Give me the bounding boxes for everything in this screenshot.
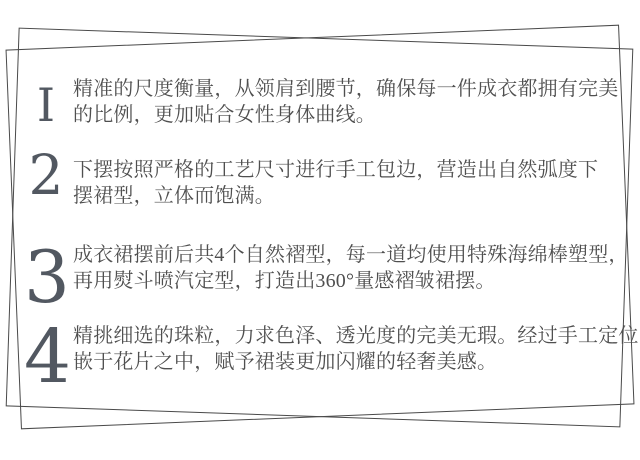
- item-number: 4: [24, 320, 68, 394]
- list-item: I 精准的尺度衡量，从领肩到腰节，确保每一件成衣都拥有完美 的比例，更加贴合女性…: [0, 76, 640, 136]
- item-text: 精准的尺度衡量，从领肩到腰节，确保每一件成衣都拥有完美 的比例，更加贴合女性身体…: [73, 76, 631, 128]
- item-text-line1: 下摆按照严格的工艺尺寸进行手工包边，营造出自然弧度下: [73, 157, 631, 183]
- item-text-line2: 的比例，更加贴合女性身体曲线。: [73, 102, 631, 128]
- item-text: 成衣裙摆前后共4个自然褶型，每一道均使用特殊海绵棒塑型， 再用熨斗喷汽定型，打造…: [73, 242, 631, 294]
- item-text-line2: 再用熨斗喷汽定型，打造出360°量感褶皱裙摆。: [73, 268, 631, 294]
- list-item: 2 下摆按照严格的工艺尺寸进行手工包边，营造出自然弧度下 摆裙型，立体而饱满。: [0, 157, 640, 217]
- item-text: 精挑细选的珠粒，力求色泽、透光度的完美无瑕。经过手工定位 嵌于花片之中，赋予裙装…: [73, 323, 631, 375]
- item-text: 下摆按照严格的工艺尺寸进行手工包边，营造出自然弧度下 摆裙型，立体而饱满。: [73, 157, 631, 209]
- list-item: 4 精挑细选的珠粒，力求色泽、透光度的完美无瑕。经过手工定位 嵌于花片之中，赋予…: [0, 323, 640, 383]
- item-number: I: [24, 82, 68, 128]
- item-text-line2: 嵌于花片之中，赋予裙装更加闪耀的轻奢美感。: [73, 349, 631, 375]
- item-number: 3: [24, 241, 68, 313]
- item-text-line1: 精准的尺度衡量，从领肩到腰节，确保每一件成衣都拥有完美: [73, 76, 631, 102]
- item-text-line2: 摆裙型，立体而饱满。: [73, 183, 631, 209]
- list-item: 3 成衣裙摆前后共4个自然褶型，每一道均使用特殊海绵棒塑型， 再用熨斗喷汽定型，…: [0, 242, 640, 302]
- item-text-line1: 精挑细选的珠粒，力求色泽、透光度的完美无瑕。经过手工定位: [73, 323, 631, 349]
- item-text-line1: 成衣裙摆前后共4个自然褶型，每一道均使用特殊海绵棒塑型，: [73, 242, 631, 268]
- item-number: 2: [24, 148, 68, 203]
